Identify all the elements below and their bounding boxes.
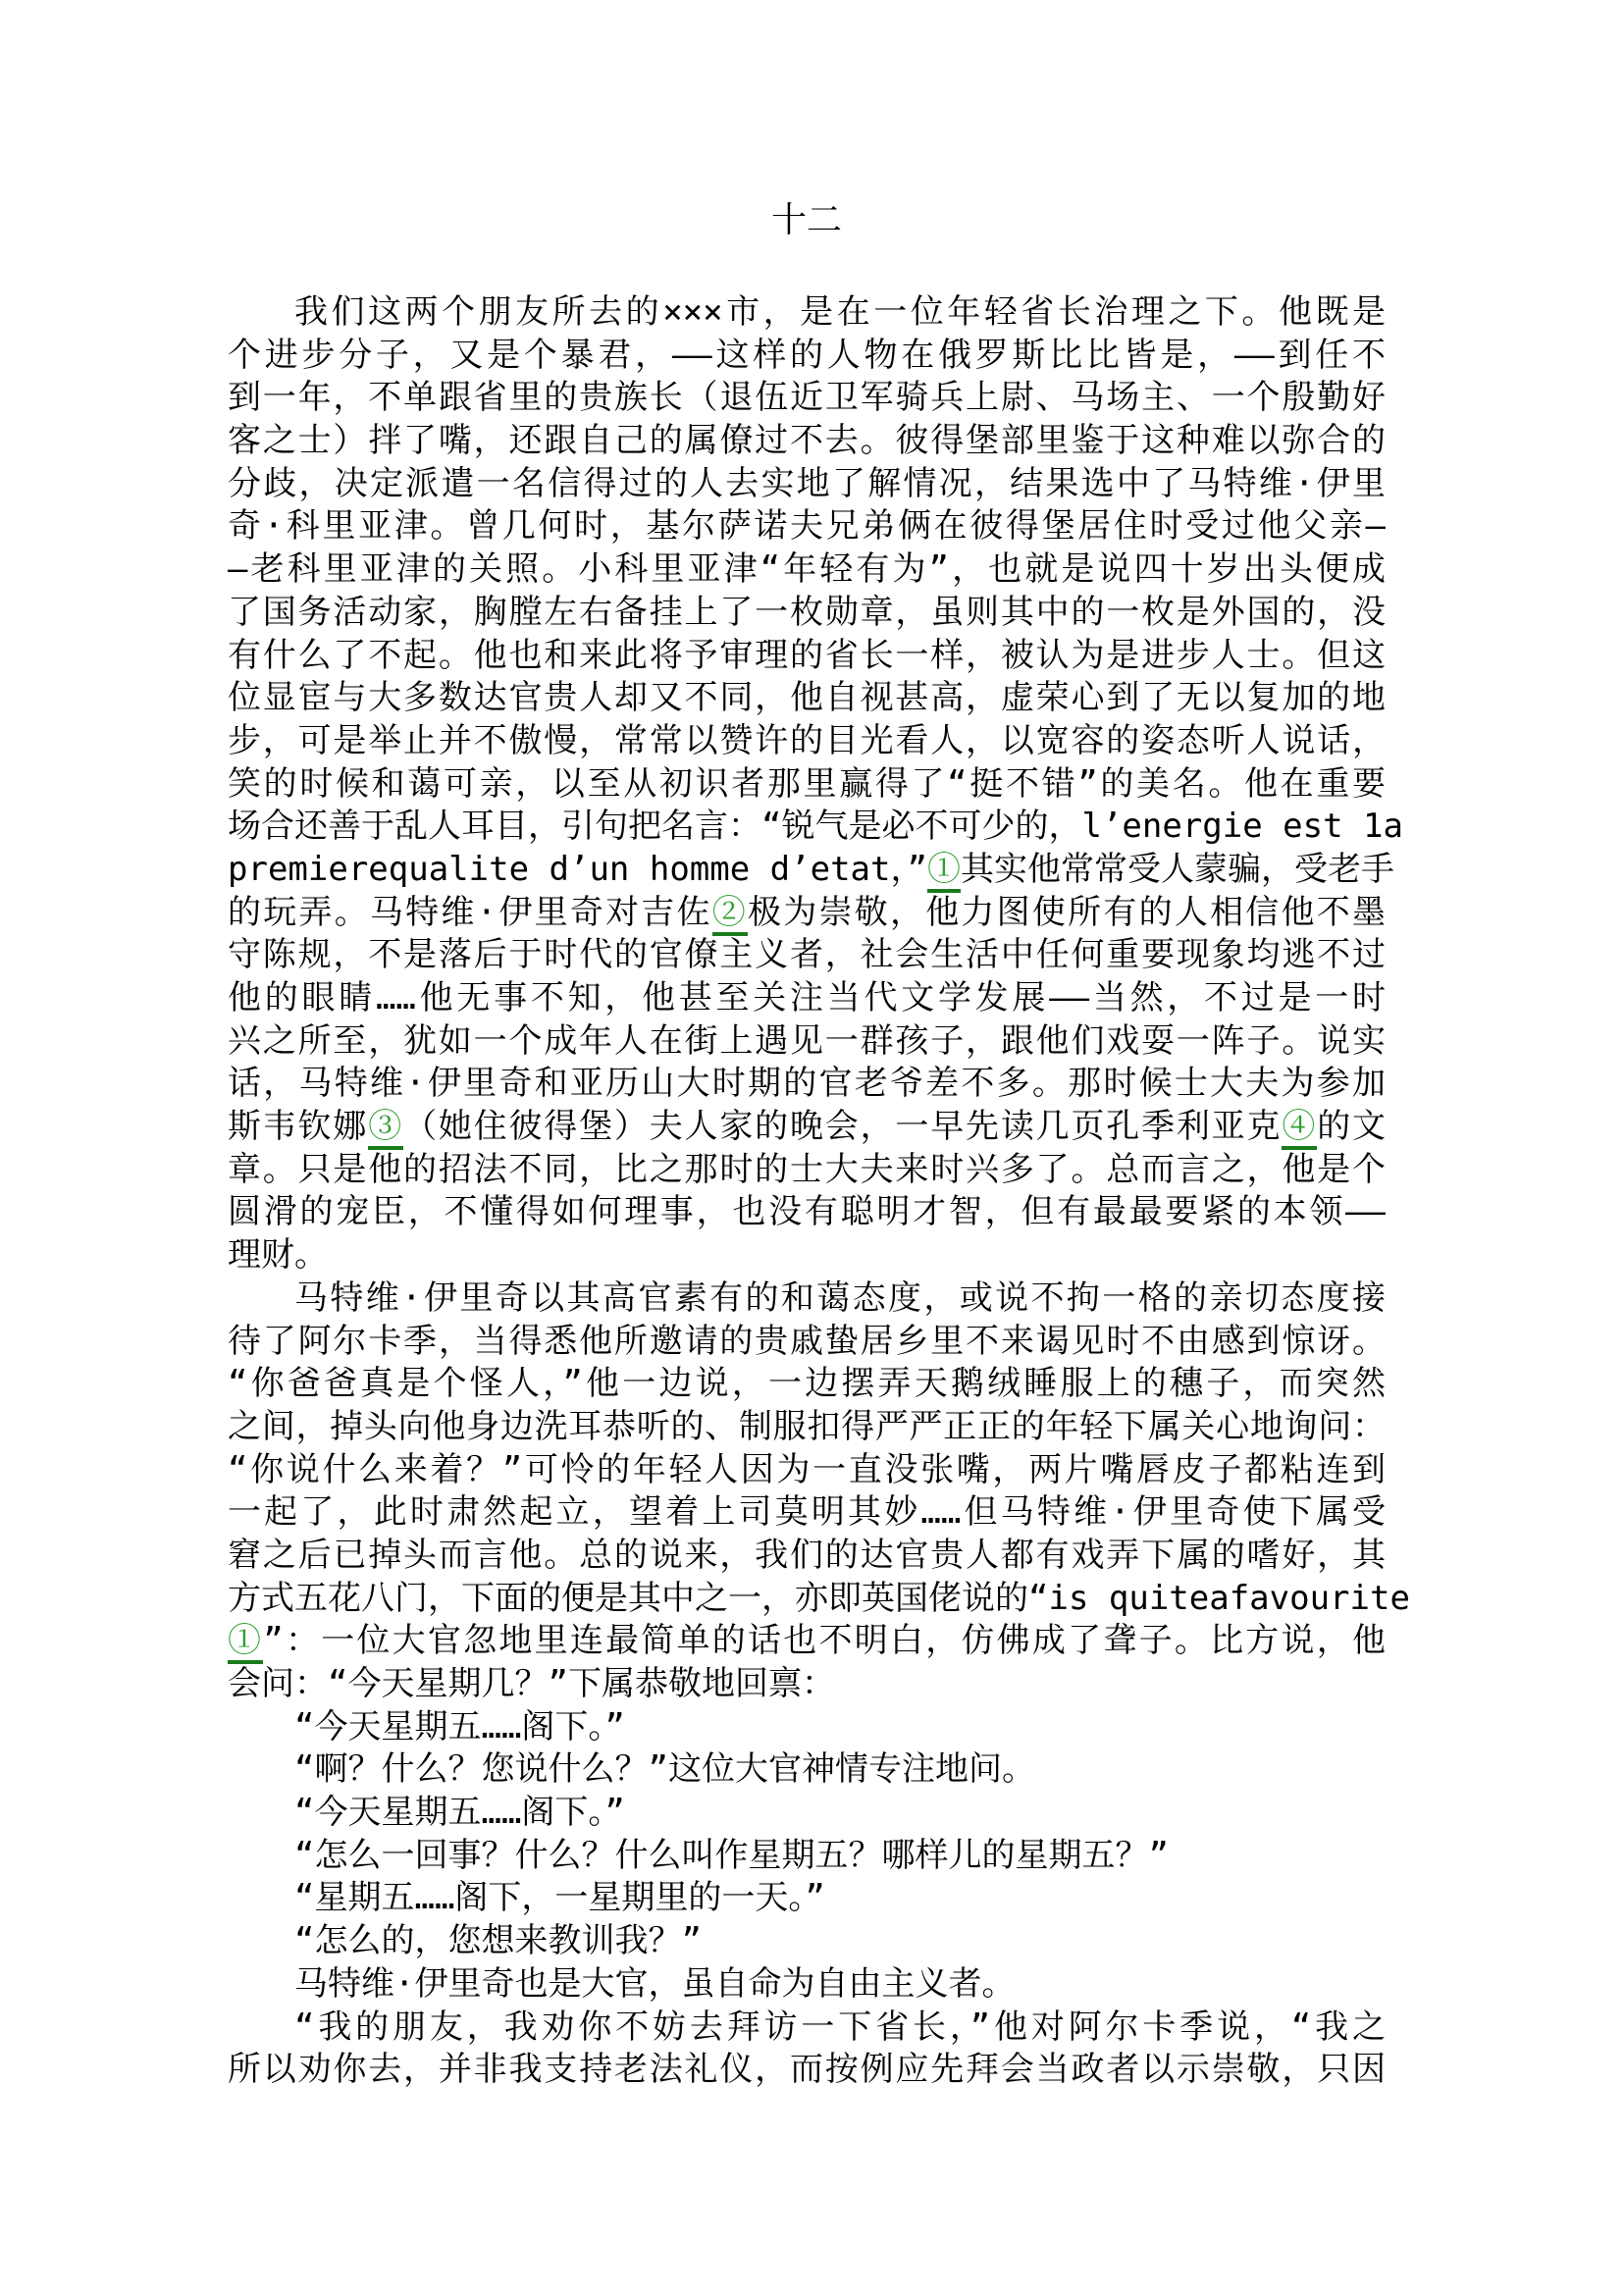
paragraph: “星期五……阁下，一星期里的一天。” xyxy=(228,1877,1386,1920)
text-line: “你说什么来着？”可怜的年轻人因为一直没张嘴，两片嘴唇皮子都粘连到 xyxy=(228,1449,1386,1492)
text-line: 的玩弄。马特维·伊里奇对吉佐②极为崇敬，他力图使所有的人相信他不墨 xyxy=(228,892,1386,935)
text-line: premierequalite d’un homme d’etat，”①其实他常… xyxy=(228,849,1386,892)
footnote-ref-link[interactable]: ① xyxy=(927,850,961,893)
text-line: “今天星期五……阁下。” xyxy=(228,1792,1386,1835)
text-line: 圆滑的宠臣，不懂得如何理事，也没有聪明才智，但有最最要紧的本领—— xyxy=(228,1191,1386,1234)
text-line: ①”：一位大官忽地里连最简单的话也不明白，仿佛成了聋子。比方说，他 xyxy=(228,1620,1386,1663)
document-page: 十二 我们这两个朋友所去的×××市，是在一位年轻省长治理之下。他既是个进步分子，… xyxy=(0,0,1624,2294)
text-line: “今天星期五……阁下。” xyxy=(228,1706,1386,1749)
paragraph: “今天星期五……阁下。” xyxy=(228,1792,1386,1835)
text-line: 客之士）拌了嘴，还跟自己的属僚过不去。彼得堡部里鉴于这种难以弥合的 xyxy=(228,420,1386,463)
text-line: 马特维·伊里奇以其高官素有的和蔼态度，或说不拘一格的亲切态度接 xyxy=(228,1277,1386,1321)
text-line: 所以劝你去，并非我支持老法礼仪，而按例应先拜会当政者以示崇敬，只因 xyxy=(228,2049,1386,2092)
text-line: 守陈规，不是落后于时代的官僚主义者，社会生活中任何重要现象均逃不过 xyxy=(228,934,1386,977)
paragraph: “我的朋友，我劝你不妨去拜访一下省长，”他对阿尔卡季说，“我之所以劝你去，并非我… xyxy=(228,2007,1386,2092)
text-line: 兴之所至，犹如一个成年人在街上遇见一群孩子，跟他们戏耍一阵子。说实 xyxy=(228,1020,1386,1064)
text-line: 窘之后已掉头而言他。总的说来，我们的达官贵人都有戏弄下属的嗜好，其 xyxy=(228,1535,1386,1578)
text-line: 马特维·伊里奇也是大官，虽自命为自由主义者。 xyxy=(228,1963,1386,2007)
text-body: 我们这两个朋友所去的×××市，是在一位年轻省长治理之下。他既是个进步分子，又是个… xyxy=(228,291,1386,2092)
paragraph: “今天星期五……阁下。” xyxy=(228,1706,1386,1749)
text-line: “啊？什么？您说什么？”这位大官神情专注地问。 xyxy=(228,1748,1386,1792)
text-line: “怎么的，您想来教训我？” xyxy=(228,1920,1386,1963)
text-line: “星期五……阁下，一星期里的一天。” xyxy=(228,1877,1386,1920)
text-line: 奇·科里亚津。曾几何时，基尔萨诺夫兄弟俩在彼得堡居住时受过他父亲— xyxy=(228,505,1386,548)
text-line: 位显宦与大多数达官贵人却又不同，他自视甚高，虚荣心到了无以复加的地 xyxy=(228,677,1386,720)
footnote-ref-link[interactable]: ③ xyxy=(368,1107,403,1150)
text-line: 笑的时候和蔼可亲，以至从初识者那里赢得了“挺不错”的美名。他在重要 xyxy=(228,763,1386,807)
text-block: 十二 我们这两个朋友所去的×××市，是在一位年轻省长治理之下。他既是个进步分子，… xyxy=(228,199,1386,2092)
text-line: 场合还善于乱人耳目，引句把名言：“锐气是必不可少的，l’energie est … xyxy=(228,806,1386,849)
text-line: 他的眼睛……他无事不知，他甚至关注当代文学发展——当然，不过是一时 xyxy=(228,977,1386,1020)
text-line: 会问：“今天星期几？”下属恭敬地回禀： xyxy=(228,1663,1386,1706)
text-line: 到一年，不单跟省里的贵族长（退伍近卫军骑兵上尉、马场主、一个殷勤好 xyxy=(228,377,1386,420)
text-line: —老科里亚津的关照。小科里亚津“年轻有为”，也就是说四十岁出头便成 xyxy=(228,548,1386,592)
text-line: 一起了，此时肃然起立，望着上司莫明其妙……但马特维·伊里奇使下属受 xyxy=(228,1491,1386,1535)
text-line: 理财。 xyxy=(228,1234,1386,1277)
paragraph: 马特维·伊里奇也是大官，虽自命为自由主义者。 xyxy=(228,1963,1386,2007)
text-line: “你爸爸真是个怪人，”他一边说，一边摆弄天鹅绒睡服上的穗子，而突然 xyxy=(228,1363,1386,1406)
text-line: 个进步分子，又是个暴君，——这样的人物在俄罗斯比比皆是，——到任不 xyxy=(228,335,1386,378)
footnote-ref-link[interactable]: ④ xyxy=(1282,1107,1317,1150)
paragraph: “啊？什么？您说什么？”这位大官神情专注地问。 xyxy=(228,1748,1386,1792)
chapter-title: 十二 xyxy=(228,199,1386,242)
text-line: 有什么了不起。他也和来此将予审理的省长一样，被认为是进步人士。但这 xyxy=(228,635,1386,678)
text-line: 步，可是举止并不傲慢，常常以赞许的目光看人，以宽容的姿态听人说话， xyxy=(228,720,1386,763)
text-line: “怎么一回事？什么？什么叫作星期五？哪样儿的星期五？” xyxy=(228,1835,1386,1878)
paragraph: 马特维·伊里奇以其高官素有的和蔼态度，或说不拘一格的亲切态度接待了阿尔卡季，当得… xyxy=(228,1277,1386,1706)
text-line: 分歧，决定派遣一名信得过的人去实地了解情况，结果选中了马特维·伊里 xyxy=(228,463,1386,506)
text-line: “我的朋友，我劝你不妨去拜访一下省长，”他对阿尔卡季说，“我之 xyxy=(228,2007,1386,2050)
text-line: 我们这两个朋友所去的×××市，是在一位年轻省长治理之下。他既是 xyxy=(228,291,1386,335)
text-line: 章。只是他的招法不同，比之那时的士大夫来时兴多了。总而言之，他是个 xyxy=(228,1149,1386,1192)
paragraph: “怎么的，您想来教训我？” xyxy=(228,1920,1386,1963)
text-line: 方式五花八门，下面的便是其中之一，亦即英国佬说的“is quiteafavour… xyxy=(228,1578,1386,1621)
text-line: 之间，掉头向他身边洗耳恭听的、制服扣得严严正正的年轻下属关心地询问： xyxy=(228,1406,1386,1449)
text-line: 斯韦钦娜③（她住彼得堡）夫人家的晚会，一早先读几页孔季利亚克④的文 xyxy=(228,1106,1386,1149)
footnote-ref-link[interactable]: ① xyxy=(228,1621,263,1664)
paragraph: “怎么一回事？什么？什么叫作星期五？哪样儿的星期五？” xyxy=(228,1835,1386,1878)
text-line: 话，马特维·伊里奇和亚历山大时期的官老爷差不多。那时候士大夫为参加 xyxy=(228,1063,1386,1106)
text-line: 待了阿尔卡季，当得悉他所邀请的贵戚蛰居乡里不来谒见时不由感到惊讶。 xyxy=(228,1321,1386,1364)
paragraph: 我们这两个朋友所去的×××市，是在一位年轻省长治理之下。他既是个进步分子，又是个… xyxy=(228,291,1386,1277)
footnote-ref-link[interactable]: ② xyxy=(712,893,748,936)
text-line: 了国务活动家，胸膛左右备挂上了一枚勋章，虽则其中的一枚是外国的，没 xyxy=(228,592,1386,635)
